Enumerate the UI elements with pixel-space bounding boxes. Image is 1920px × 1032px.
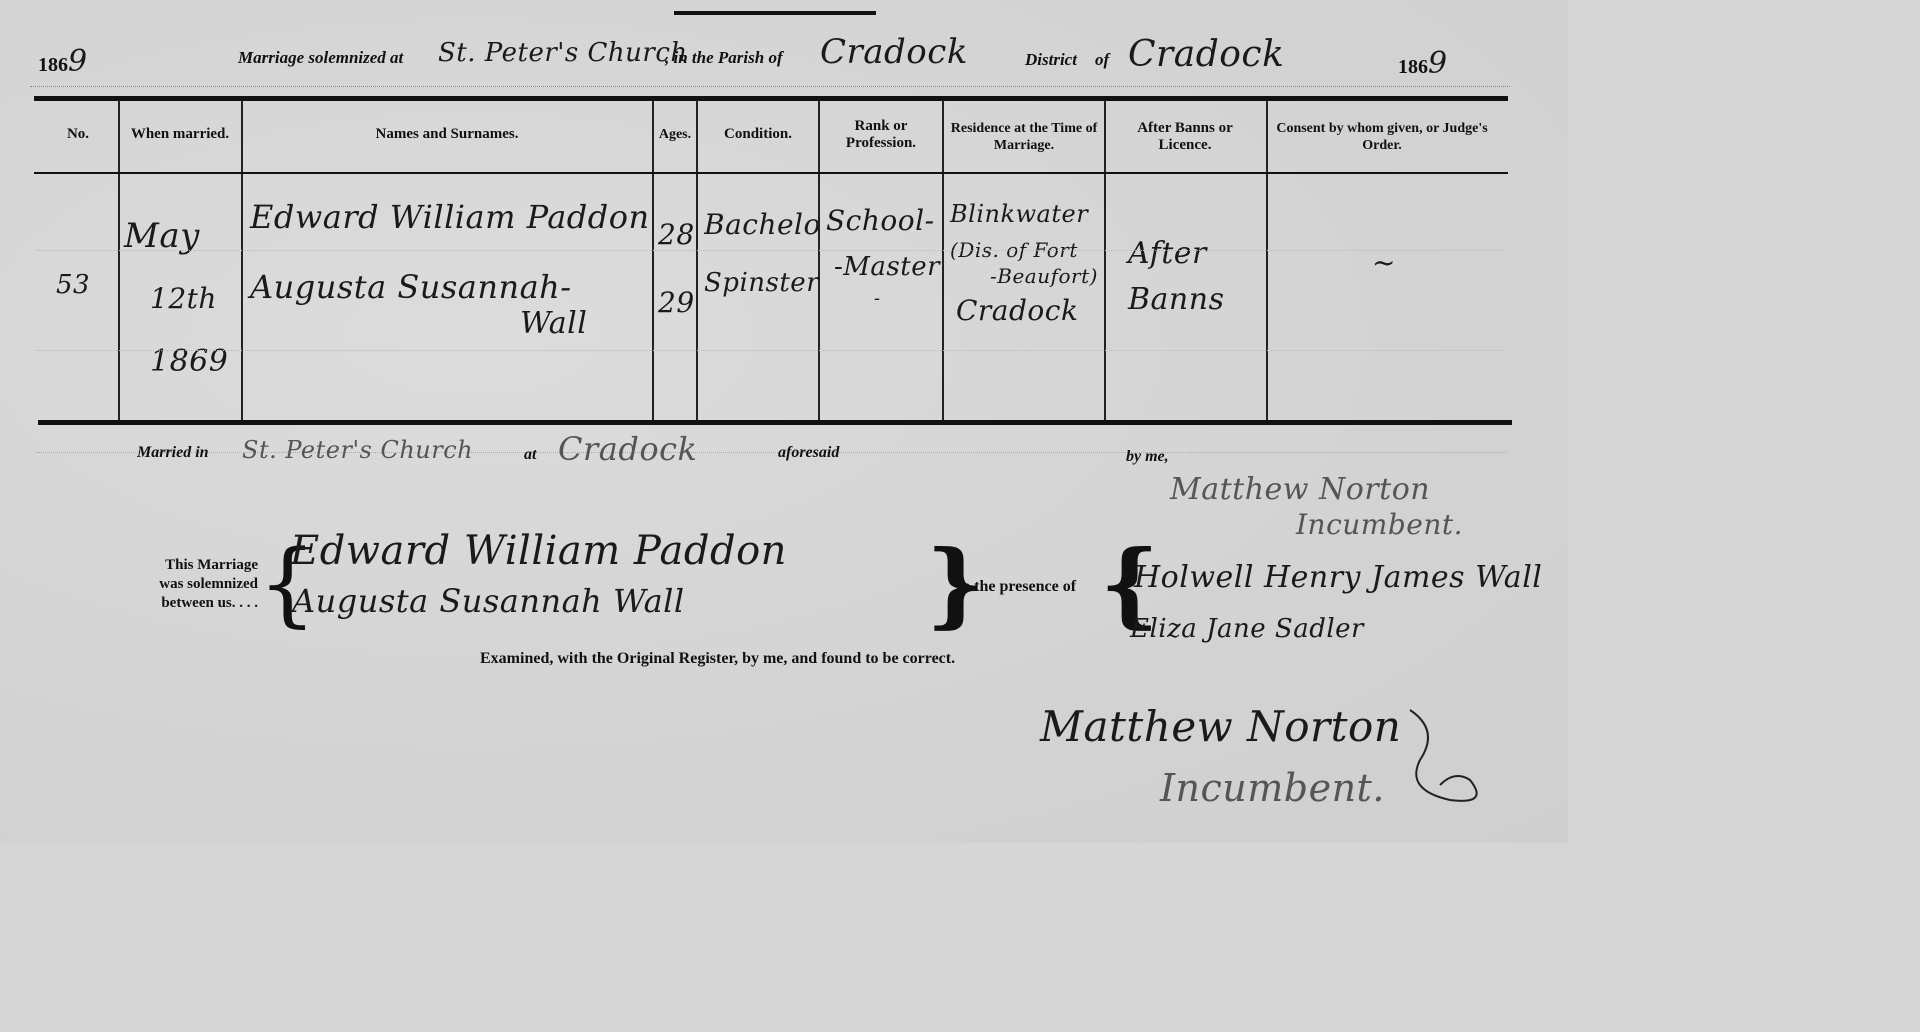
col-header-no: No. (40, 126, 116, 143)
officiant-signature: Matthew Norton (1170, 472, 1430, 507)
col-header-when: When married. (120, 126, 240, 143)
top-rule (674, 11, 876, 15)
bride-condition: Spinster (704, 268, 819, 298)
year-left-hand: 9 (68, 44, 88, 79)
table-bottom-rule (38, 420, 1512, 425)
col-divider (696, 100, 698, 420)
year-right-hand: 9 (1428, 46, 1448, 81)
examiner-signature: Matthew Norton (1040, 702, 1401, 751)
parish-value: Cradock (820, 32, 968, 72)
marriage-register-page: 1869 Marriage solemnized at St. Peter's … (0, 0, 1568, 843)
groom-age: 28 (658, 218, 695, 251)
bride-age: 29 (658, 286, 695, 319)
officiant-title: Incumbent. (1296, 508, 1463, 541)
married-in-value: St. Peter's Church (242, 436, 473, 464)
col-header-names: Names and Surnames. (243, 126, 651, 143)
groom-condition: Bachelor (704, 208, 818, 241)
residence-line1: Blinkwater (950, 200, 1088, 228)
aforesaid-label: aforesaid (778, 444, 839, 462)
solemnized-between-label: This Marriage was solemnized between us.… (132, 556, 258, 613)
solemnized-label-line3: between us. . . . (132, 594, 258, 613)
groom-name: Edward William Paddon (250, 198, 650, 236)
presence-label: In the presence of (955, 578, 1076, 596)
col-header-rank: Rank or Profession. (838, 118, 924, 152)
rank-line2: -Master (834, 252, 940, 282)
solemnized-label-line1: This Marriage (132, 556, 258, 575)
col-divider (241, 100, 243, 420)
at-value: Cradock (558, 430, 697, 468)
col-divider (1104, 100, 1106, 420)
entry-no: 53 (56, 270, 90, 300)
year-left: 1869 (38, 44, 88, 79)
witness-1-signature: Holwell Henry James Wall (1134, 560, 1542, 595)
year-right: 1869 (1398, 46, 1448, 81)
entry-when-day: 12th (150, 282, 217, 315)
district-value: Cradock (1128, 34, 1284, 75)
rank-line1: School- (826, 204, 935, 237)
residence-line3: -Beaufort) (990, 264, 1098, 288)
year-right-printed: 186 (1398, 56, 1428, 78)
col-divider (818, 100, 820, 420)
married-in-label: Married in (137, 444, 209, 462)
row-guide (36, 350, 1506, 351)
col-divider (1266, 100, 1268, 420)
solemnized-label-line2: was solemnized (132, 575, 258, 594)
col-header-condition: Condition. (698, 126, 818, 143)
banns-line1: After (1128, 236, 1207, 271)
col-header-ages: Ages. (653, 126, 697, 143)
bride-name-line2: Wall (520, 306, 587, 341)
by-me-label: by me, (1126, 448, 1169, 466)
year-left-printed: 186 (38, 54, 68, 76)
bride-signature: Augusta Susannah Wall (292, 582, 685, 620)
col-divider (118, 100, 120, 420)
groom-signature: Edward William Paddon (290, 528, 787, 574)
rank-line3: - (874, 288, 881, 309)
district-of-label: of (1095, 50, 1109, 70)
bride-name-line1: Augusta Susannah- (250, 268, 572, 306)
col-header-consent: Consent by whom given, or Judge's Order. (1272, 120, 1492, 154)
residence-line4: Cradock (956, 294, 1078, 327)
row-guide (36, 250, 1506, 251)
flourish-icon (1400, 700, 1510, 820)
banns-line2: Banns (1128, 282, 1224, 317)
header-bottom-rule (34, 172, 1508, 174)
examined-label: Examined, with the Original Register, by… (480, 650, 955, 668)
col-divider (652, 100, 654, 420)
marriage-place: St. Peter's Church (438, 38, 688, 68)
at-label: at (524, 446, 536, 464)
district-label: District (1025, 50, 1077, 70)
examiner-title: Incumbent. (1160, 766, 1385, 810)
table-top-rule (34, 96, 1508, 101)
parish-label: , in the Parish of (665, 48, 783, 68)
header-baseline (30, 86, 1510, 87)
col-header-banns: After Banns or Licence. (1120, 120, 1250, 154)
marriage-solemnized-label: Marriage solemnized at (238, 48, 403, 68)
witness-2-signature: Eliza Jane Sadler (1130, 614, 1364, 644)
col-header-residence: Residence at the Time of Marriage. (944, 120, 1104, 154)
